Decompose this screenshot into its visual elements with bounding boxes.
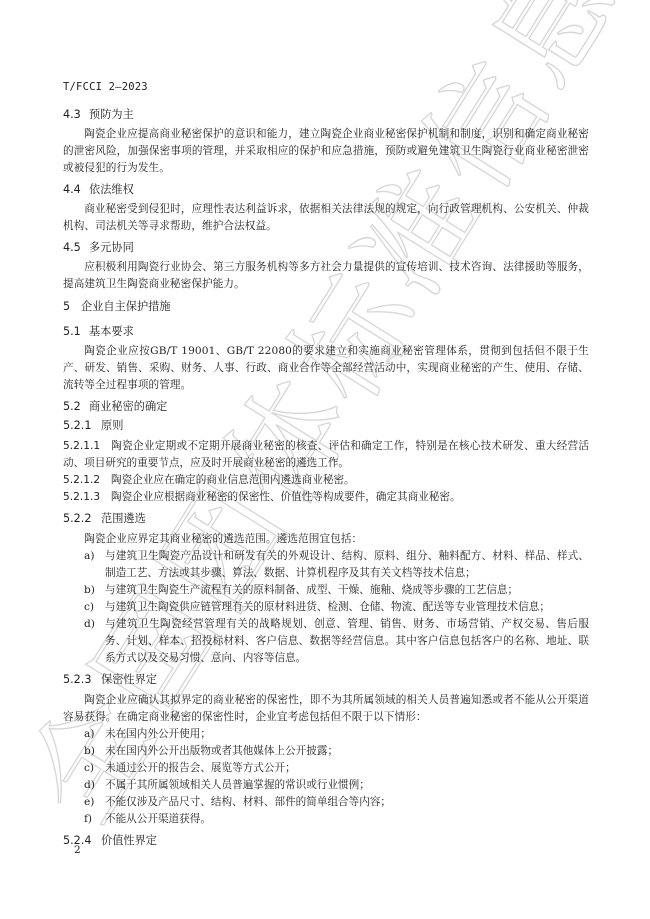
scope-list: a)与建筑卫生陶瓷产品设计和研发有关的外观设计、结构、原料、组分、釉料配方、材料…: [63, 548, 589, 667]
clause-number: 5.2.1.3: [63, 489, 111, 506]
list-marker: d): [84, 777, 95, 794]
list-item: b)未在国内外公开出版物或者其他媒体上公开披露；: [63, 743, 589, 760]
list-marker: d): [84, 616, 95, 633]
section-title: 依法维权: [89, 183, 134, 196]
clause-number: 5.2.1.1: [63, 438, 111, 455]
list-item: a)未在国内外公开使用；: [63, 726, 589, 743]
section-title: 保密性界定: [101, 673, 157, 686]
section-heading-5-2-3: 5.2.3保密性界定: [63, 672, 589, 688]
list-item-text: 不能仅涉及产品尺寸、结构、材料、部件的简单组合等内容；: [105, 796, 391, 808]
clause-group-5-2-1: 5.2.1.1陶瓷企业定期或不定期开展商业秘密的核查、评估和确定工作，特别是在核…: [63, 438, 589, 506]
section-number: 5.2.3: [63, 672, 101, 688]
clause-5-2-1-3: 5.2.1.3陶瓷企业应根据商业秘密的保密性、价值性等构成要件，确定其商业秘密。: [63, 489, 589, 506]
section-heading-4-4: 4.4依法维权: [63, 182, 589, 198]
section-title: 商业秘密的确定: [89, 400, 167, 413]
section-number: 5.1: [63, 324, 89, 340]
section-number: 5.2: [63, 399, 89, 415]
document-page: 全国团体标准信息平台 T/FCCI 2—2023 4.3预防为主 陶瓷企业应提高…: [0, 0, 650, 919]
list-item: d)与建筑卫生陶瓷经营管理有关的战略规划、创意、管理、销售、财务、市场营销、产权…: [63, 616, 589, 667]
list-item: d)不属于其所属领域相关人员普遍掌握的常识或行业惯例；: [63, 777, 589, 794]
clause-5-2-1-1: 5.2.1.1陶瓷企业定期或不定期开展商业秘密的核查、评估和确定工作，特别是在核…: [63, 438, 589, 472]
section-5-2-2-intro: 陶瓷企业应界定其商业秘密的遴选范围。遴选范围宜包括：: [63, 531, 589, 548]
list-marker: c): [84, 599, 94, 616]
list-item-text: 与建筑卫生陶瓷产品设计和研发有关的外观设计、结构、原料、组分、釉料配方、材料、样…: [105, 550, 589, 579]
list-item-text: 未通过公开的报告会、展览等方式公开；: [105, 762, 296, 774]
section-5-1-paragraph: 陶瓷企业应按GB/T 19001、GB/T 22080的要求建立和实施商业秘密管…: [63, 343, 589, 394]
section-title: 原则: [101, 419, 123, 432]
section-heading-5-2-1: 5.2.1原则: [63, 418, 589, 434]
list-marker: e): [84, 794, 94, 811]
list-item: c)未通过公开的报告会、展览等方式公开；: [63, 760, 589, 777]
section-number: 5.2.2: [63, 511, 101, 527]
confidentiality-list: a)未在国内外公开使用； b)未在国内外公开出版物或者其他媒体上公开披露； c)…: [63, 726, 589, 828]
chapter-title: 企业自主保护措施: [81, 300, 171, 313]
chapter-heading-5: 5企业自主保护措施: [63, 299, 589, 315]
section-title: 范围遴选: [101, 512, 146, 525]
list-item: f)不能从公开渠道获得。: [63, 811, 589, 828]
list-item-text: 与建筑卫生陶瓷经营管理有关的战略规划、创意、管理、销售、财务、市场营销、产权交易…: [105, 618, 589, 664]
section-number: 5.2.4: [63, 833, 101, 849]
list-item-text: 不属于其所属领域相关人员普遍掌握的常识或行业惯例；: [105, 779, 370, 791]
list-marker: c): [84, 760, 94, 777]
section-number: 4.5: [63, 240, 89, 256]
section-number: 4.3: [63, 107, 89, 123]
clause-number: 5.2.1.2: [63, 472, 111, 489]
section-5-2-3-intro: 陶瓷企业应确认其拟界定的商业秘密的保密性，即不为其所属领域的相关人员普遍知悉或者…: [63, 692, 589, 726]
chapter-number: 5: [63, 299, 81, 315]
clause-5-2-1-2: 5.2.1.2陶瓷企业应在确定的商业信息范围内遴选商业秘密。: [63, 472, 589, 489]
section-number: 4.4: [63, 182, 89, 198]
list-marker: b): [84, 743, 95, 760]
section-title: 多元协同: [89, 241, 134, 254]
section-heading-5-1: 5.1基本要求: [63, 324, 589, 340]
section-4-3-paragraph: 陶瓷企业应提高商业秘密保护的意识和能力，建立陶瓷企业商业秘密保护机制和制度，识别…: [63, 126, 589, 177]
page-content: T/FCCI 2—2023 4.3预防为主 陶瓷企业应提高商业秘密保护的意识和能…: [63, 80, 589, 853]
section-heading-4-5: 4.5多元协同: [63, 240, 589, 256]
list-item-text: 与建筑卫生陶瓷生产流程有关的原料制备、成型、干燥、施釉、烧成等步骤的工艺信息；: [105, 584, 518, 596]
section-heading-5-2-2: 5.2.2范围遴选: [63, 511, 589, 527]
list-item-text: 不能从公开渠道获得。: [105, 813, 211, 825]
list-item-text: 未在国内外公开出版物或者其他媒体上公开披露；: [105, 745, 338, 757]
section-title: 价值性界定: [101, 834, 157, 847]
list-marker: a): [84, 548, 94, 565]
list-item-text: 与建筑卫生陶瓷供应链管理有关的原材料进货、检测、仓储、物流、配送等专业管理技术信…: [105, 601, 550, 613]
list-item: b)与建筑卫生陶瓷生产流程有关的原料制备、成型、干燥、施釉、烧成等步骤的工艺信息…: [63, 582, 589, 599]
section-4-5-paragraph: 应积极利用陶瓷行业协会、第三方服务机构等多方社会力量提供的宣传培训、技术咨询、法…: [63, 259, 589, 293]
list-item: c)与建筑卫生陶瓷供应链管理有关的原材料进货、检测、仓储、物流、配送等专业管理技…: [63, 599, 589, 616]
list-marker: b): [84, 582, 95, 599]
section-4-4-paragraph: 商业秘密受到侵犯时，应理性表达利益诉求，依据相关法律法规的规定，向行政管理机构、…: [63, 201, 589, 235]
list-marker: a): [84, 726, 94, 743]
clause-text: 陶瓷企业应根据商业秘密的保密性、价值性等构成要件，确定其商业秘密。: [111, 491, 461, 503]
clause-text: 陶瓷企业应在确定的商业信息范围内遴选商业秘密。: [111, 474, 355, 486]
section-heading-5-2-4: 5.2.4价值性界定: [63, 833, 589, 849]
page-number: 2: [74, 844, 81, 856]
list-item: e)不能仅涉及产品尺寸、结构、材料、部件的简单组合等内容；: [63, 794, 589, 811]
section-heading-4-3: 4.3预防为主: [63, 107, 589, 123]
list-item-text: 未在国内外公开使用；: [105, 728, 211, 740]
document-code: T/FCCI 2—2023: [63, 80, 589, 94]
section-title: 基本要求: [89, 325, 134, 338]
list-item: a)与建筑卫生陶瓷产品设计和研发有关的外观设计、结构、原料、组分、釉料配方、材料…: [63, 548, 589, 582]
clause-text: 陶瓷企业定期或不定期开展商业秘密的核查、评估和确定工作，特别是在核心技术研发、重…: [63, 440, 589, 469]
list-marker: f): [84, 811, 92, 828]
section-heading-5-2: 5.2商业秘密的确定: [63, 399, 589, 415]
section-number: 5.2.1: [63, 418, 101, 434]
section-title: 预防为主: [89, 108, 134, 121]
